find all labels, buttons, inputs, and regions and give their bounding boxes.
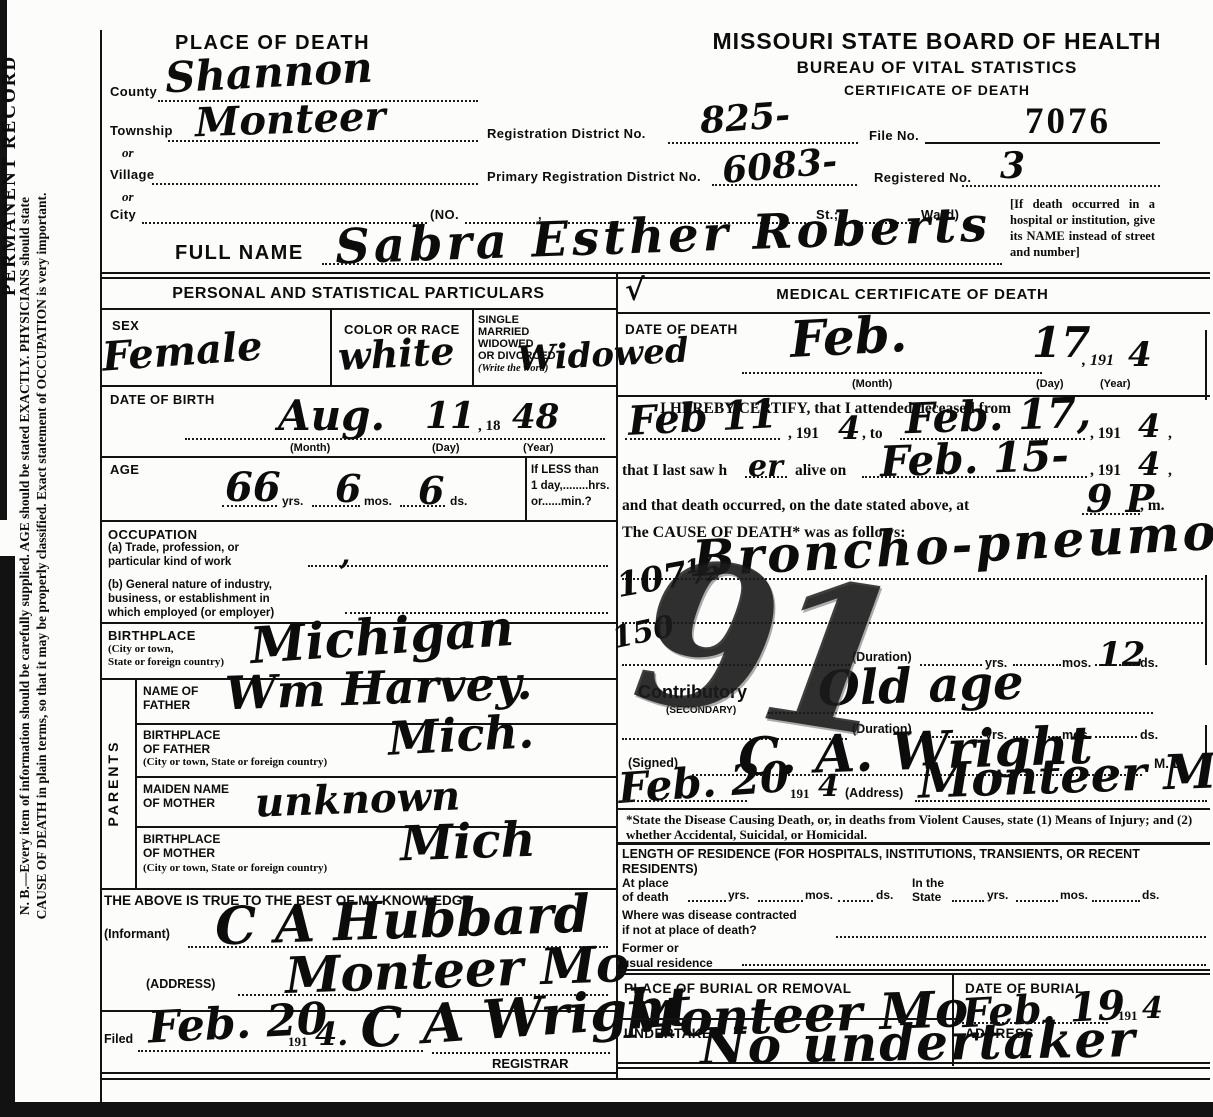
registration-district-label: Registration District No. (487, 126, 646, 141)
year-caption: (Year) (523, 442, 554, 454)
personal-title: PERSONAL AND STATISTICAL PARTICULARS (100, 285, 617, 303)
yrs-label: yrs. (282, 494, 303, 508)
registration-district-value[interactable]: 825- (699, 97, 791, 139)
yrs-label: yrs. (987, 888, 1008, 902)
month-caption: (Month) (852, 378, 892, 390)
informant-label: (Informant) (104, 927, 170, 941)
dod-year-print: , 191 (1082, 352, 1114, 370)
color-race-value[interactable]: white (337, 332, 455, 376)
divider (100, 520, 617, 522)
scan-edge-strip (0, 556, 15, 1103)
dob-day-value[interactable]: 11 (425, 398, 475, 434)
age-line[interactable] (222, 505, 277, 507)
line[interactable] (745, 476, 787, 478)
ds-label: ds. (450, 494, 467, 508)
residence-line[interactable] (1092, 900, 1140, 902)
dob-year-value[interactable]: 48 (512, 400, 559, 434)
divider (616, 312, 1210, 314)
mother-birthplace-value[interactable]: Mich (399, 816, 536, 869)
age-label: AGE (110, 462, 139, 477)
birthplace-label: BIRTHPLACE (108, 628, 196, 643)
contracted-line[interactable] (836, 936, 1206, 938)
file-no-value: 7076 (1025, 100, 1111, 143)
registrar-line[interactable] (432, 1052, 610, 1054)
mother-birthplace-label: BIRTHPLACE OF MOTHER (143, 832, 220, 860)
divider (100, 308, 617, 310)
attended-from-line[interactable] (625, 438, 780, 440)
duration-line[interactable] (1095, 736, 1137, 738)
last-seen-value[interactable]: Feb. 15- (879, 435, 1069, 484)
divider (100, 272, 1210, 274)
filed-year-print: 191 (288, 1034, 308, 1050)
cell-divider (525, 456, 527, 520)
dob-line[interactable] (185, 438, 605, 440)
hospital-note: [If death occurred in a hospital or inst… (1010, 196, 1155, 260)
dod-year-value[interactable]: 4 (1128, 338, 1152, 372)
ds-label: ds. (1142, 888, 1159, 902)
bureau-title: BUREAU OF VITAL STATISTICS (712, 58, 1162, 78)
divider (135, 723, 617, 725)
margin-note-line1: N. B.—Every item of information should b… (16, 36, 33, 1076)
dob-year-print: , 18 (478, 418, 501, 435)
full-name-label: FULL NAME (175, 242, 304, 265)
signed-address-value[interactable]: Monteer Mo (917, 746, 1213, 806)
residence-line[interactable] (838, 900, 873, 902)
signed-date-line[interactable] (622, 800, 747, 802)
year-print: , 191 (788, 425, 819, 443)
village-label: Village (110, 167, 154, 182)
medical-title: MEDICAL CERTIFICATE OF DEATH (640, 286, 1185, 303)
cause-footnote: *State the Disease Causing Death, or, in… (626, 812, 1204, 842)
divider (616, 842, 1210, 845)
dod-line[interactable] (742, 372, 1042, 374)
ds-label: ds. (1140, 728, 1158, 742)
filed-year-value[interactable]: 4. (315, 1018, 348, 1050)
residence-line[interactable] (758, 900, 803, 902)
parents-divider (135, 678, 137, 888)
duration-days-value[interactable]: 12 (1098, 638, 1145, 672)
or-word: or (122, 189, 134, 205)
divider (100, 1078, 1210, 1080)
city-or-town-sub: (City or town, State or foreign country) (143, 862, 327, 874)
burial-year-value[interactable]: 4 (1142, 994, 1163, 1024)
parents-label: PARENTS (105, 723, 121, 843)
archival-stamp: 91 (624, 530, 903, 767)
primary-registration-label: Primary Registration District No. (487, 169, 701, 184)
form-right-border (1205, 575, 1207, 665)
divider (616, 969, 1210, 971)
year-print: , 191 (1090, 425, 1121, 443)
father-name-label: NAME OF FATHER (143, 684, 198, 712)
birthplace-sub: (City or town, State or foreign country) (108, 643, 224, 669)
village-line[interactable] (152, 183, 478, 185)
cell-divider (472, 310, 474, 385)
signed-year-print: 191 (790, 786, 810, 802)
dod-month-value[interactable]: Feb. (789, 309, 908, 365)
sex-value[interactable]: Female (101, 326, 264, 377)
duration-line[interactable] (1095, 664, 1137, 666)
father-birthplace-value[interactable]: Mich. (387, 708, 535, 762)
occupation-a-value[interactable]: , (340, 540, 350, 570)
divider (100, 456, 617, 458)
mother-name-label: MAIDEN NAME OF MOTHER (143, 782, 229, 810)
residence-line[interactable] (1016, 900, 1058, 902)
ds-label: ds. (876, 888, 893, 902)
residence-line[interactable] (952, 900, 984, 902)
ds-label: ds. (1140, 656, 1158, 670)
mos-label: mos. (364, 494, 392, 508)
scan-bottom-bar (0, 1102, 1213, 1117)
last-saw-pre: that I last saw h (622, 462, 727, 480)
attended-from-value[interactable]: Feb 11 (627, 394, 778, 442)
occupation-label: OCCUPATION (108, 527, 197, 542)
occupation-a-label: (a) Trade, profession, or particular kin… (108, 541, 239, 569)
divider (616, 973, 1210, 975)
city-label: City (110, 207, 136, 222)
divider (100, 385, 617, 387)
cell-divider (330, 310, 332, 385)
last-saw-post: alive on (795, 462, 846, 480)
registered-no-line[interactable] (962, 185, 1160, 187)
comma: , (1168, 462, 1172, 480)
if-less-label: If LESS than 1 day,........hrs. or......… (531, 462, 609, 510)
age-months-value[interactable]: 6 (335, 470, 361, 508)
age-years-value[interactable]: 66 (225, 468, 281, 508)
residence-line[interactable] (688, 900, 726, 902)
divider (100, 277, 1210, 279)
divider (100, 1072, 617, 1074)
margin-note-line2: CAUSE OF DEATH in plain terms, so that i… (33, 36, 50, 1076)
marital-value[interactable]: Widowed (516, 334, 689, 377)
yrs-label: yrs. (728, 888, 749, 902)
registered-no-label: Registered No. (874, 170, 971, 185)
residence-title: LENGTH OF RESIDENCE (FOR HOSPITALS, INST… (622, 847, 1204, 877)
in-state-label: In the State (912, 876, 944, 904)
at-place-label: At place of death (622, 876, 669, 904)
occupation-a-line[interactable] (308, 565, 608, 567)
signed-address-label: (Address) (845, 786, 903, 800)
to-year-value[interactable]: 4 (1138, 410, 1160, 442)
county-value[interactable]: Shannon (164, 47, 374, 100)
age-line[interactable] (400, 505, 445, 507)
margin-note: N. B.—Every item of information should b… (16, 36, 50, 1076)
form-left-border (100, 30, 102, 1103)
divider (135, 826, 617, 828)
mos-label: mos. (1060, 888, 1088, 902)
father-birthplace-label: BIRTHPLACE OF FATHER (143, 728, 220, 756)
comma: , (1168, 425, 1172, 443)
filed-label: Filed (104, 1032, 133, 1046)
registered-no-value[interactable]: 3 (1000, 148, 1025, 184)
from-year-value[interactable]: 4 (838, 412, 860, 444)
former-residence-line[interactable] (742, 964, 1206, 966)
divider (616, 808, 1210, 810)
date-of-birth-label: DATE OF BIRTH (110, 392, 215, 407)
undertaker-value[interactable]: No undertaker (700, 1014, 1137, 1072)
city-or-town-sub: (City or town, State or foreign country) (143, 756, 327, 768)
mos-label: mos. (1062, 656, 1091, 670)
file-no-label: File No. (869, 128, 919, 143)
registrar-label: REGISTRAR (492, 1056, 569, 1071)
age-line[interactable] (312, 505, 360, 507)
county-label: County (110, 84, 157, 99)
former-residence-label: Former or usual residence (622, 941, 713, 971)
contracted-label: Where was disease contracted if not at p… (622, 908, 797, 938)
board-title: MISSOURI STATE BOARD OF HEALTH (712, 28, 1162, 55)
or-word: or (122, 145, 134, 161)
primary-registration-value[interactable]: 6083- (721, 143, 839, 189)
dob-month-value[interactable]: Aug. (278, 395, 385, 437)
day-caption: (Day) (432, 442, 460, 454)
township-label: Township (110, 123, 173, 138)
death-occurred-line: and that death occurred, on the date sta… (622, 497, 969, 515)
death-certificate-page: PERMANENT RECORD N. B.—Every item of inf… (0, 0, 1213, 1117)
mos-label: mos. (805, 888, 833, 902)
month-caption: (Month) (290, 442, 330, 454)
form-right-border (1205, 330, 1207, 400)
informant-address-label: (ADDRESS) (146, 977, 215, 991)
year-caption: (Year) (1100, 378, 1131, 390)
township-value[interactable]: Monteer (194, 97, 386, 144)
occupation-b-label: (b) General nature of industry, business… (108, 578, 274, 620)
